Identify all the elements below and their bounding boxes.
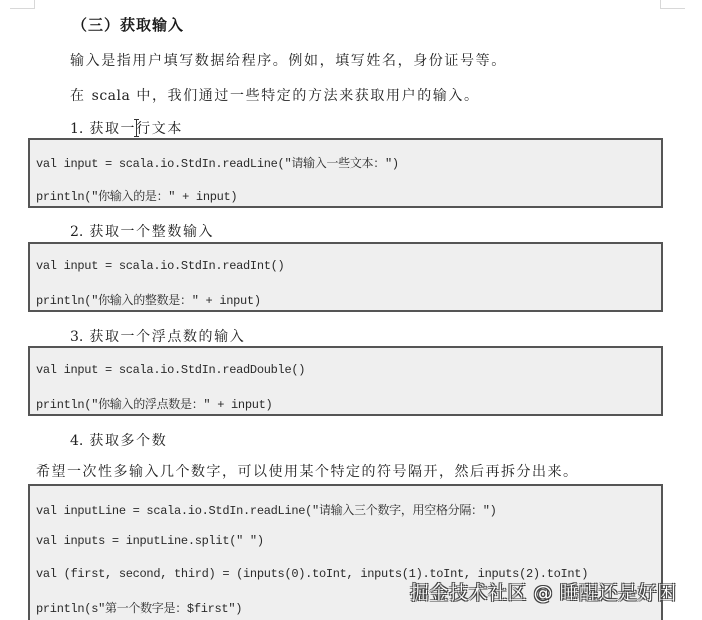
section-heading: （三）获取输入: [72, 14, 184, 35]
code-line: println(s"第一个数字是：$first"): [36, 599, 242, 616]
code-line: val input = scala.io.StdIn.readDouble(): [36, 363, 305, 377]
subheading-number: 1.: [70, 121, 83, 137]
subheading-number: 2.: [70, 224, 83, 240]
intro-paragraph-2: 在 scala 中，我们通过一些特定的方法来获取用户的输入。: [70, 85, 480, 105]
code-block-1[interactable]: val input = scala.io.StdIn.readLine("请输入…: [28, 138, 663, 208]
intro-prefix: 在: [70, 88, 92, 104]
subheading-number: 3.: [70, 329, 83, 345]
subheading-3: 3.获取一个浮点数的输入: [70, 326, 245, 346]
code-line: val input = scala.io.StdIn.readLine("请输入…: [36, 154, 399, 171]
subheading-2: 2.获取一个整数输入: [70, 221, 214, 241]
subheading-title: 获取一个浮点数的输入: [89, 329, 245, 345]
code-line: val inputs = inputLine.split(" "): [36, 534, 264, 548]
subheading-title: 获取多个数: [89, 433, 167, 449]
subheading-1: 1.获取一行文本: [70, 118, 183, 138]
code-line: println("你输入的是：" + input): [36, 187, 237, 204]
section-4-description: 希望一次性多输入几个数字，可以使用某个特定的符号隔开，然后再拆分出来。: [36, 461, 579, 481]
code-line: val inputLine = scala.io.StdIn.readLine(…: [36, 501, 497, 518]
subheading-4: 4.获取多个数: [70, 430, 167, 450]
intro-paragraph-1: 输入是指用户填写数据给程序。例如，填写姓名，身份证号等。: [70, 50, 507, 70]
subheading-number: 4.: [70, 433, 83, 449]
intro-suffix: 中，我们通过一些特定的方法来获取用户的输入。: [130, 88, 479, 104]
subheading-title: 获取一个整数输入: [89, 224, 214, 240]
text-cursor-ibeam-icon: [134, 119, 140, 137]
code-block-3[interactable]: val input = scala.io.StdIn.readDouble() …: [28, 346, 663, 416]
intro-scala-word: scala: [92, 88, 131, 104]
code-block-2[interactable]: val input = scala.io.StdIn.readInt() pri…: [28, 242, 663, 312]
page-corner-mark-left: [10, 0, 35, 9]
code-line: val input = scala.io.StdIn.readInt(): [36, 259, 284, 273]
page-corner-mark-right: [660, 0, 685, 9]
code-line: println("你输入的浮点数是：" + input): [36, 395, 272, 412]
watermark: 掘金技术社区 @ 睡醒还是好困: [410, 578, 677, 605]
code-line: println("你输入的整数是：" + input): [36, 291, 261, 308]
